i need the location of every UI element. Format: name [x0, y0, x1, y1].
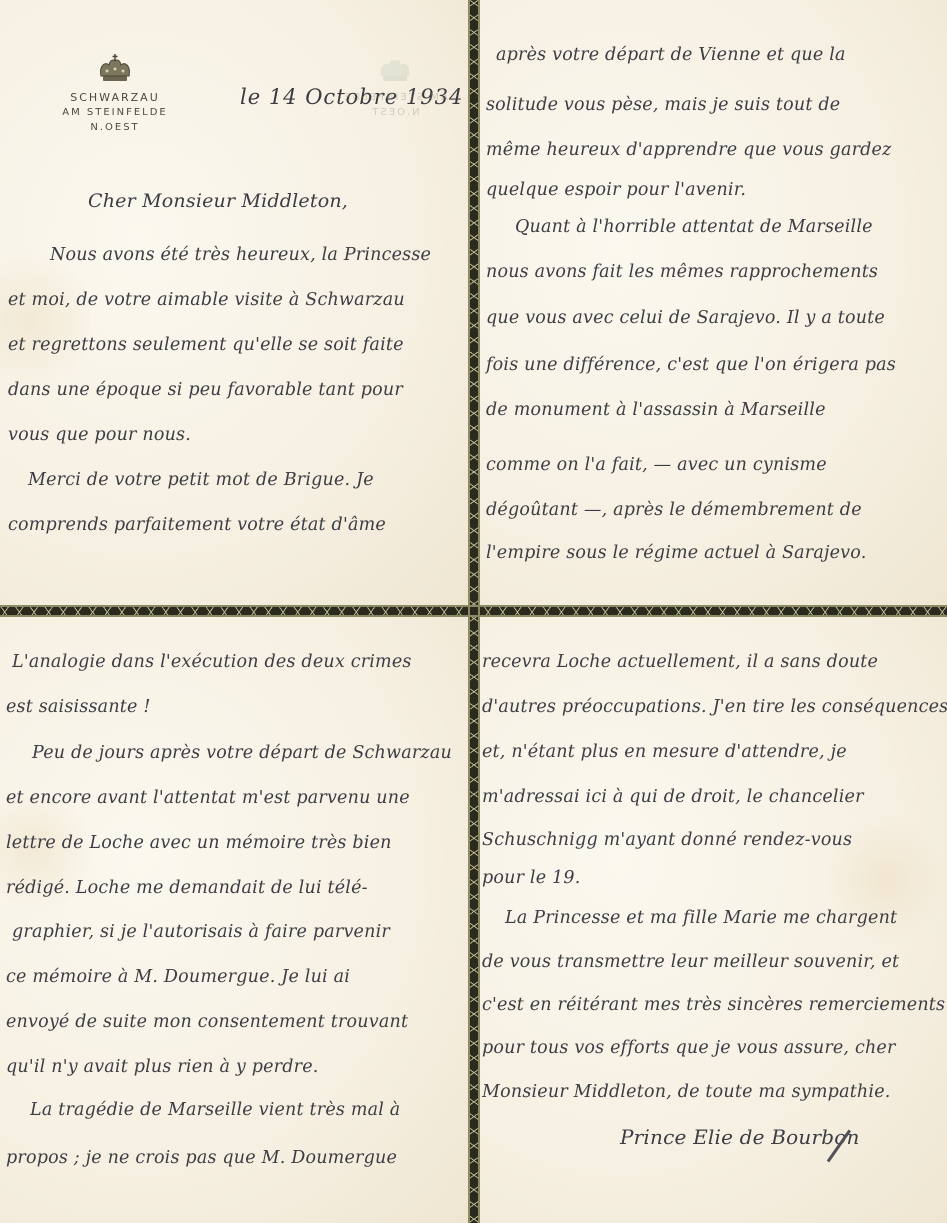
- handwritten-line: l'empire sous le régime actuel à Sarajev…: [486, 543, 866, 563]
- handwritten-line: fois une différence, c'est que l'on érig…: [486, 355, 896, 375]
- crown-icon: [375, 52, 415, 84]
- handwritten-line: d'autres préoccupations. J'en tire les c…: [482, 697, 947, 717]
- handwritten-line: Schuschnigg m'ayant donné rendez-vous: [482, 830, 852, 850]
- handwritten-line: m'adressai ici à qui de droit, le chance…: [482, 787, 864, 807]
- handwritten-line: Quant à l'horrible attentat de Marseille: [515, 217, 873, 237]
- handwritten-line: même heureux d'apprendre que vous gardez: [486, 140, 892, 160]
- handwritten-line: Merci de votre petit mot de Brigue. Je: [28, 470, 374, 490]
- handwritten-line: après votre départ de Vienne et que la: [496, 45, 846, 65]
- handwritten-line: dégoûtant —, après le démembrement de: [486, 500, 862, 520]
- handwritten-line: quelque espoir pour l'avenir.: [486, 180, 746, 200]
- handwritten-line: Monsieur Middleton, de toute ma sympathi…: [482, 1082, 891, 1102]
- handwritten-line: La Princesse et ma fille Marie me charge…: [505, 908, 897, 928]
- handwritten-line: solitude vous pèse, mais je suis tout de: [486, 95, 840, 115]
- ghost-letterhead-line: N.OEST: [340, 105, 450, 120]
- handwritten-line: lettre de Loche avec un mémoire très bie…: [6, 833, 392, 853]
- handwritten-line: pour tous vos efforts que je vous assure…: [482, 1038, 896, 1058]
- handwritten-line: envoyé de suite mon consentement trouvan…: [6, 1012, 408, 1032]
- handwritten-line: et regrettons seulement qu'elle se soit …: [8, 335, 404, 355]
- handwritten-line: graphier, si je l'autorisais à faire par…: [12, 922, 390, 942]
- ghost-letterhead-line: AM STEINFELDE: [340, 90, 450, 105]
- handwritten-line: de vous transmettre leur meilleur souven…: [482, 952, 899, 972]
- letterhead-line: SCHWARZAU: [50, 90, 180, 105]
- signature: Prince Elie de Bourbon: [620, 1125, 860, 1149]
- handwritten-line: La tragédie de Marseille vient très mal …: [30, 1100, 400, 1120]
- handwritten-line: propos ; je ne crois pas que M. Doumergu…: [6, 1148, 397, 1168]
- salutation: Cher Monsieur Middleton,: [88, 190, 348, 212]
- ornamental-border-crossing: [468, 605, 480, 617]
- handwritten-line: pour le 19.: [482, 868, 580, 888]
- handwritten-line: est saisissante !: [6, 697, 151, 717]
- handwritten-line: ce mémoire à M. Doumergue. Je lui ai: [6, 967, 350, 987]
- handwritten-line: vous que pour nous.: [8, 425, 191, 445]
- handwritten-line: et encore avant l'attentat m'est parvenu…: [6, 788, 410, 808]
- handwritten-line: recevra Loche actuellement, il a sans do…: [482, 652, 878, 672]
- letterhead: SCHWARZAU AM STEINFELDE N.OEST: [50, 52, 180, 135]
- letterhead-line: AM STEINFELDE: [50, 105, 180, 120]
- crown-icon: [95, 52, 135, 84]
- handwritten-line: Nous avons été très heureux, la Princess…: [50, 245, 431, 265]
- handwritten-line: que vous avec celui de Sarajevo. Il y a …: [486, 308, 885, 328]
- handwritten-line: dans une époque si peu favorable tant po…: [8, 380, 403, 400]
- handwritten-line: Peu de jours après votre départ de Schwa…: [32, 743, 452, 763]
- handwritten-line: c'est en réitérant mes très sincères rem…: [482, 995, 945, 1015]
- handwritten-line: comme on l'a fait, — avec un cynisme: [486, 455, 827, 475]
- letterhead-line: N.OEST: [50, 120, 180, 135]
- ghost-letterhead: AM STEINFELDE N.OEST: [340, 52, 450, 120]
- handwritten-line: comprends parfaitement votre état d'âme: [8, 515, 386, 535]
- handwritten-line: et, n'étant plus en mesure d'attendre, j…: [482, 742, 847, 762]
- handwritten-line: nous avons fait les mêmes rapprochements: [486, 262, 878, 282]
- handwritten-line: et moi, de votre aimable visite à Schwar…: [8, 290, 405, 310]
- handwritten-line: qu'il n'y avait plus rien à y perdre.: [6, 1057, 319, 1077]
- handwritten-line: de monument à l'assassin à Marseille: [486, 400, 826, 420]
- handwritten-line: L'analogie dans l'exécution des deux cri…: [12, 652, 412, 672]
- handwritten-line: rédigé. Loche me demandait de lui télé-: [6, 878, 368, 898]
